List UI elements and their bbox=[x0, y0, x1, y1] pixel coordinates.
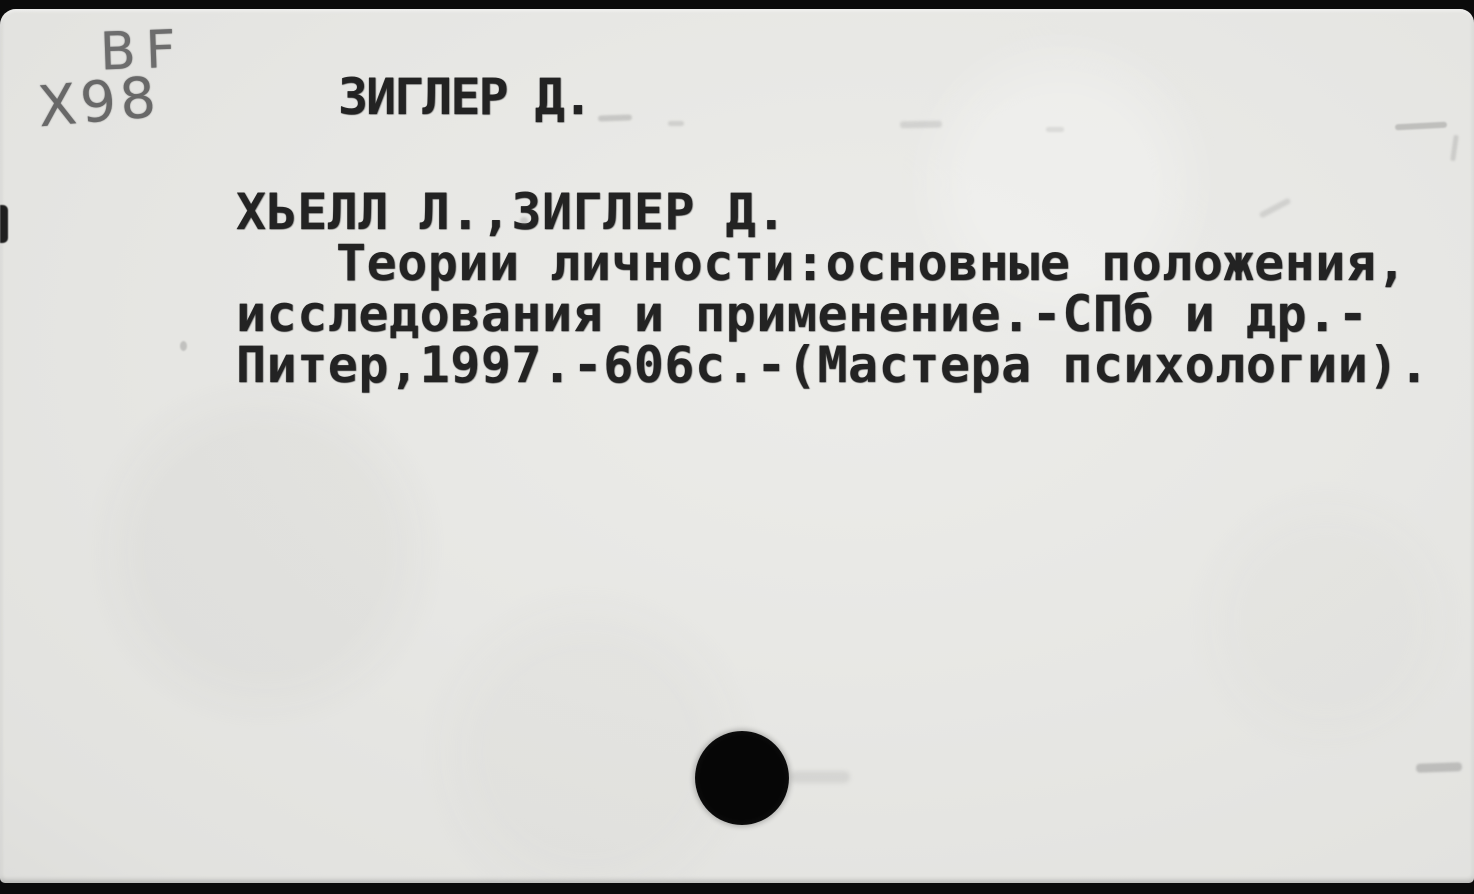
entry-title-line-3: Питер,1997.-606с.-(Мастера психологии). bbox=[236, 340, 1430, 391]
scan-smudge bbox=[1395, 122, 1447, 131]
scan-smudge bbox=[1046, 127, 1064, 132]
hole-punch-dot bbox=[695, 731, 789, 825]
scan-smudge bbox=[1450, 135, 1459, 161]
scan-smudge bbox=[790, 771, 850, 783]
scan-smudge bbox=[1416, 762, 1462, 773]
entry-title-line-2: исследования и применение.-СПб и др.- bbox=[236, 289, 1430, 340]
scan-edge-artifact bbox=[0, 205, 8, 243]
scan-smudge bbox=[668, 121, 684, 126]
author-heading: ЗИГЛЕР Д. bbox=[338, 68, 591, 126]
bibliographic-entry: ХЬЕЛЛ Л.,ЗИГЛЕР Д. Теории личности:основ… bbox=[236, 187, 1430, 391]
scan-smudge bbox=[598, 114, 632, 121]
entry-title-line-1: Теории личности:основные положения, bbox=[336, 238, 1430, 289]
scan-speck bbox=[180, 341, 187, 351]
entry-author-line: ХЬЕЛЛ Л.,ЗИГЛЕР Д. bbox=[236, 187, 1430, 238]
scanned-card-scene: BF X98 ЗИГЛЕР Д. ХЬЕЛЛ Л.,ЗИГЛЕР Д. Теор… bbox=[0, 0, 1474, 894]
call-number: BF X98 bbox=[38, 21, 186, 134]
call-number-cutter: X98 bbox=[35, 63, 188, 141]
catalog-card: BF X98 ЗИГЛЕР Д. ХЬЕЛЛ Л.,ЗИГЛЕР Д. Теор… bbox=[0, 9, 1474, 883]
scan-smudge bbox=[900, 121, 942, 129]
